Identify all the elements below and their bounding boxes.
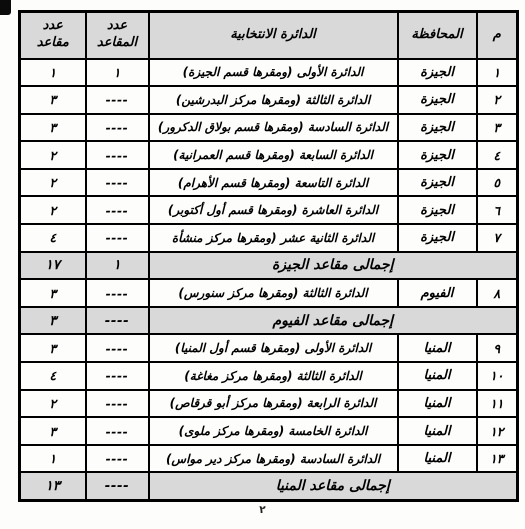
seats-count-cell: ---- bbox=[86, 114, 149, 142]
row-serial-number-cell: ٨ bbox=[477, 279, 518, 307]
seats-cell: ٤ bbox=[20, 362, 86, 390]
row-serial-number-cell: ٢ bbox=[477, 86, 518, 114]
seats-cell: ٢ bbox=[20, 141, 86, 169]
header-serial-number: م bbox=[477, 12, 518, 59]
seats-cell: ١ bbox=[20, 59, 86, 87]
seats-cell: ٢ bbox=[20, 169, 86, 197]
district-row: ٨الفيومالدائرة الثالثة (ومقرها مركز سنور… bbox=[20, 279, 518, 307]
seats-count-cell: ---- bbox=[86, 279, 149, 307]
summary-row: إجمالى مقاعد الجيزة١١٧ bbox=[20, 252, 518, 280]
seats-cell: ١٧ bbox=[20, 252, 86, 280]
seats-cell: ٣ bbox=[20, 114, 86, 142]
summary-label-cell: إجمالى مقاعد المنيا bbox=[149, 472, 518, 500]
row-serial-number-cell: ٤ bbox=[477, 141, 518, 169]
seats-count-cell: ---- bbox=[86, 224, 149, 252]
district-name-cell: الدائرة الثالثة (ومقرها مركز البدرشين) bbox=[149, 86, 398, 114]
district-name-cell: الدائرة السابعة (ومقرها قسم العمرانية) bbox=[149, 141, 398, 169]
summary-label-cell: إجمالى مقاعد الجيزة bbox=[149, 252, 518, 280]
district-name-cell: الدائرة الثالثة (ومقرها مركز سنورس) bbox=[149, 279, 398, 307]
seats-cell: ٣ bbox=[20, 417, 86, 445]
governorate-cell: الجيزة bbox=[398, 169, 477, 197]
row-serial-number-cell: ٥ bbox=[477, 169, 518, 197]
scanned-document-page: م المحافظة الدائرة الانتخابية عدد المقاع… bbox=[0, 0, 525, 529]
governorate-cell: المنيا bbox=[398, 417, 477, 445]
district-row: ١٣المنياالدائرة السادسة (ومقرها مركز دير… bbox=[20, 445, 518, 473]
seats-count-cell: ---- bbox=[86, 334, 149, 362]
district-row: ٦الجيزةالدائرة العاشرة (ومقرها قسم أول أ… bbox=[20, 196, 518, 224]
row-serial-number-cell: ١ bbox=[477, 59, 518, 87]
district-name-cell: الدائرة التاسعة (ومقرها قسم الأهرام) bbox=[149, 169, 398, 197]
table-body: ١الجيزةالدائرة الأولى (ومقرها قسم الجيزة… bbox=[20, 59, 518, 501]
district-name-cell: الدائرة الثانية عشر (ومقرها مركز منشأة bbox=[149, 224, 398, 252]
header-serial-number-label: م bbox=[493, 27, 501, 42]
district-row: ١١المنياالدائرة الرابعة (ومقرها مركز أبو… bbox=[20, 390, 518, 418]
header-seats-line2: مقاعد bbox=[23, 35, 83, 52]
district-name-cell: الدائرة السادسة (ومقرها قسم بولاق الدكرو… bbox=[149, 114, 398, 142]
seats-count-cell: ---- bbox=[86, 472, 149, 500]
governorate-cell: المنيا bbox=[398, 390, 477, 418]
electoral-districts-table: م المحافظة الدائرة الانتخابية عدد المقاع… bbox=[18, 10, 519, 502]
row-serial-number-cell: ١٠ bbox=[477, 362, 518, 390]
seats-cell: ٣ bbox=[20, 307, 86, 335]
header-seats-count-line1: عدد bbox=[89, 18, 146, 35]
district-name-cell: الدائرة الثالثة (ومقرها مركز مغاغة) bbox=[149, 362, 398, 390]
seats-count-cell: ---- bbox=[86, 141, 149, 169]
row-serial-number-cell: ٣ bbox=[477, 114, 518, 142]
row-serial-number-cell: ٩ bbox=[477, 334, 518, 362]
header-electoral-district: الدائرة الانتخابية bbox=[149, 12, 398, 59]
district-row: ١٢المنياالدائرة الخامسة (ومقرها مركز ملو… bbox=[20, 417, 518, 445]
seats-count-cell: ١ bbox=[86, 252, 149, 280]
district-row: ٢الجيزةالدائرة الثالثة (ومقرها مركز البد… bbox=[20, 86, 518, 114]
district-row: ١الجيزةالدائرة الأولى (ومقرها قسم الجيزة… bbox=[20, 59, 518, 87]
row-serial-number-cell: ١٢ bbox=[477, 417, 518, 445]
seats-count-cell: ---- bbox=[86, 445, 149, 473]
seats-count-cell: ---- bbox=[86, 390, 149, 418]
governorate-cell: المنيا bbox=[398, 362, 477, 390]
district-row: ٩المنياالدائرة الأولى (ومقرها قسم أول ال… bbox=[20, 334, 518, 362]
seats-count-cell: ١ bbox=[86, 59, 149, 87]
district-name-cell: الدائرة الأولى (ومقرها قسم أول المنيا) bbox=[149, 334, 398, 362]
summary-label-cell: إجمالى مقاعد الفيوم bbox=[149, 307, 518, 335]
header-governorate: المحافظة bbox=[398, 12, 477, 59]
governorate-cell: الجيزة bbox=[398, 114, 477, 142]
seats-cell: ٣ bbox=[20, 86, 86, 114]
district-name-cell: الدائرة الخامسة (ومقرها مركز ملوى) bbox=[149, 417, 398, 445]
governorate-cell: الجيزة bbox=[398, 86, 477, 114]
summary-row: إجمالى مقاعد المنيا----١٣ bbox=[20, 472, 518, 500]
district-name-cell: الدائرة السادسة (ومقرها مركز دير مواس) bbox=[149, 445, 398, 473]
seats-cell: ٢ bbox=[20, 390, 86, 418]
seats-count-cell: ---- bbox=[86, 86, 149, 114]
governorate-cell: الجيزة bbox=[398, 224, 477, 252]
row-serial-number-cell: ٦ bbox=[477, 196, 518, 224]
seats-count-cell: ---- bbox=[86, 196, 149, 224]
district-row: ٥الجيزةالدائرة التاسعة (ومقرها قسم الأهر… bbox=[20, 169, 518, 197]
table-header-row: م المحافظة الدائرة الانتخابية عدد المقاع… bbox=[20, 12, 518, 59]
district-name-cell: الدائرة العاشرة (ومقرها قسم أول أكتوبر) bbox=[149, 196, 398, 224]
seats-cell: ١ bbox=[20, 445, 86, 473]
header-seats-count-line2: المقاعد bbox=[89, 35, 146, 52]
district-row: ١٠المنياالدائرة الثالثة (ومقرها مركز مغا… bbox=[20, 362, 518, 390]
page-number: ٢ bbox=[0, 504, 525, 516]
seats-cell: ٣ bbox=[20, 279, 86, 307]
governorate-cell: الجيزة bbox=[398, 196, 477, 224]
header-seats: عدد مقاعد bbox=[20, 12, 86, 59]
seats-count-cell: ---- bbox=[86, 169, 149, 197]
seats-cell: ١٣ bbox=[20, 472, 86, 500]
header-electoral-district-label: الدائرة الانتخابية bbox=[230, 27, 316, 42]
district-row: ٣الجيزةالدائرة السادسة (ومقرها قسم بولاق… bbox=[20, 114, 518, 142]
header-seats-count: عدد المقاعد bbox=[86, 12, 149, 59]
row-serial-number-cell: ١١ bbox=[477, 390, 518, 418]
seats-cell: ٤ bbox=[20, 224, 86, 252]
governorate-cell: الفيوم bbox=[398, 279, 477, 307]
governorate-cell: المنيا bbox=[398, 445, 477, 473]
header-seats-line1: عدد bbox=[23, 18, 83, 35]
seats-count-cell: ---- bbox=[86, 417, 149, 445]
header-governorate-label: المحافظة bbox=[411, 27, 462, 42]
seats-cell: ٣ bbox=[20, 334, 86, 362]
row-serial-number-cell: ١٣ bbox=[477, 445, 518, 473]
district-name-cell: الدائرة الرابعة (ومقرها مركز أبو قرقاص) bbox=[149, 390, 398, 418]
governorate-cell: الجيزة bbox=[398, 59, 477, 87]
governorate-cell: المنيا bbox=[398, 334, 477, 362]
district-row: ٧الجيزةالدائرة الثانية عشر (ومقرها مركز … bbox=[20, 224, 518, 252]
seats-count-cell: ---- bbox=[86, 362, 149, 390]
district-row: ٤الجيزةالدائرة السابعة (ومقرها قسم العمر… bbox=[20, 141, 518, 169]
scan-corner-artifact bbox=[0, 0, 11, 15]
district-name-cell: الدائرة الأولى (ومقرها قسم الجيزة) bbox=[149, 59, 398, 87]
row-serial-number-cell: ٧ bbox=[477, 224, 518, 252]
seats-cell: ٢ bbox=[20, 196, 86, 224]
summary-row: إجمالى مقاعد الفيوم----٣ bbox=[20, 307, 518, 335]
governorate-cell: الجيزة bbox=[398, 141, 477, 169]
seats-count-cell: ---- bbox=[86, 307, 149, 335]
